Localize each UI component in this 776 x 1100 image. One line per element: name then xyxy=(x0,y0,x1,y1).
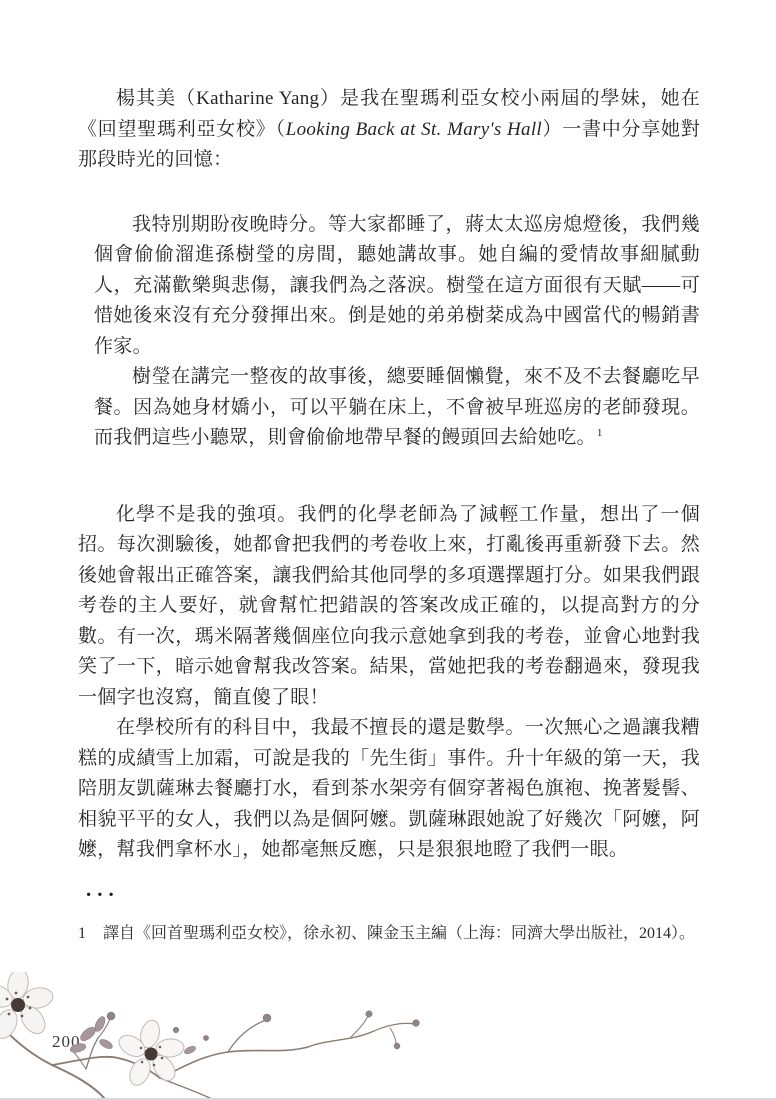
buds xyxy=(107,1011,419,1049)
block-quote: 我特別期盼夜晚時分。等大家都睡了，蔣太太巡房熄燈後，我們幾個會偷偷溜進孫樹瑩的房… xyxy=(94,210,700,454)
paragraph-chemistry: 化學不是我的強項。我們的化學老師為了減輕工作量，想出了一個招。每次測驗後，她都會… xyxy=(78,500,700,714)
footnote-number: 1 xyxy=(78,920,103,947)
leaves xyxy=(69,1015,196,1055)
book-page: 楊其美（Katharine Yang）是我在聖瑪利亞女校小兩屆的學妹，她在《回望… xyxy=(0,0,776,1100)
footnote-text: 譯自《回首聖瑪利亞女校》，徐永初、陳金玉主編（上海：同濟大學出版社，2014）。 xyxy=(103,925,695,942)
page-number: 200 xyxy=(52,1032,81,1052)
book-title-italic: Looking Back at St. Mary's Hall xyxy=(286,119,542,140)
quote-paragraph-2-text: 樹瑩在講完一整夜的故事後，總要睡個懶覺，來不及不去餐廳吃早餐。因為她身材嬌小，可… xyxy=(94,366,700,448)
footnote: 1譯自《回首聖瑪利亞女校》，徐永初、陳金玉主編（上海：同濟大學出版社，2014）… xyxy=(78,920,700,947)
quote-paragraph-2: 樹瑩在講完一整夜的故事後，總要睡個懶覺，來不及不去餐廳吃早餐。因為她身材嬌小，可… xyxy=(94,362,700,454)
footnote-reference: 1 xyxy=(597,427,603,439)
blossom-flower-left xyxy=(0,972,55,1042)
paragraph-intro: 楊其美（Katharine Yang）是我在聖瑪利亞女校小兩屆的學妹，她在《回望… xyxy=(78,84,700,176)
page-body: 楊其美（Katharine Yang）是我在聖瑪利亞女校小兩屆的學妹，她在《回望… xyxy=(78,84,700,947)
section-break-ellipsis: ... xyxy=(78,878,700,900)
blossom-flower-right xyxy=(115,1018,184,1088)
branch-lines xyxy=(2,1016,414,1100)
quote-paragraph-1: 我特別期盼夜晚時分。等大家都睡了，蔣太太巡房熄燈後，我們幾個會偷偷溜進孫樹瑩的房… xyxy=(94,210,700,363)
paragraph-math: 在學校所有的科目中，我最不擅長的還是數學。一次無心之過讓我糟糕的成績雪上加霜，可… xyxy=(78,713,700,866)
